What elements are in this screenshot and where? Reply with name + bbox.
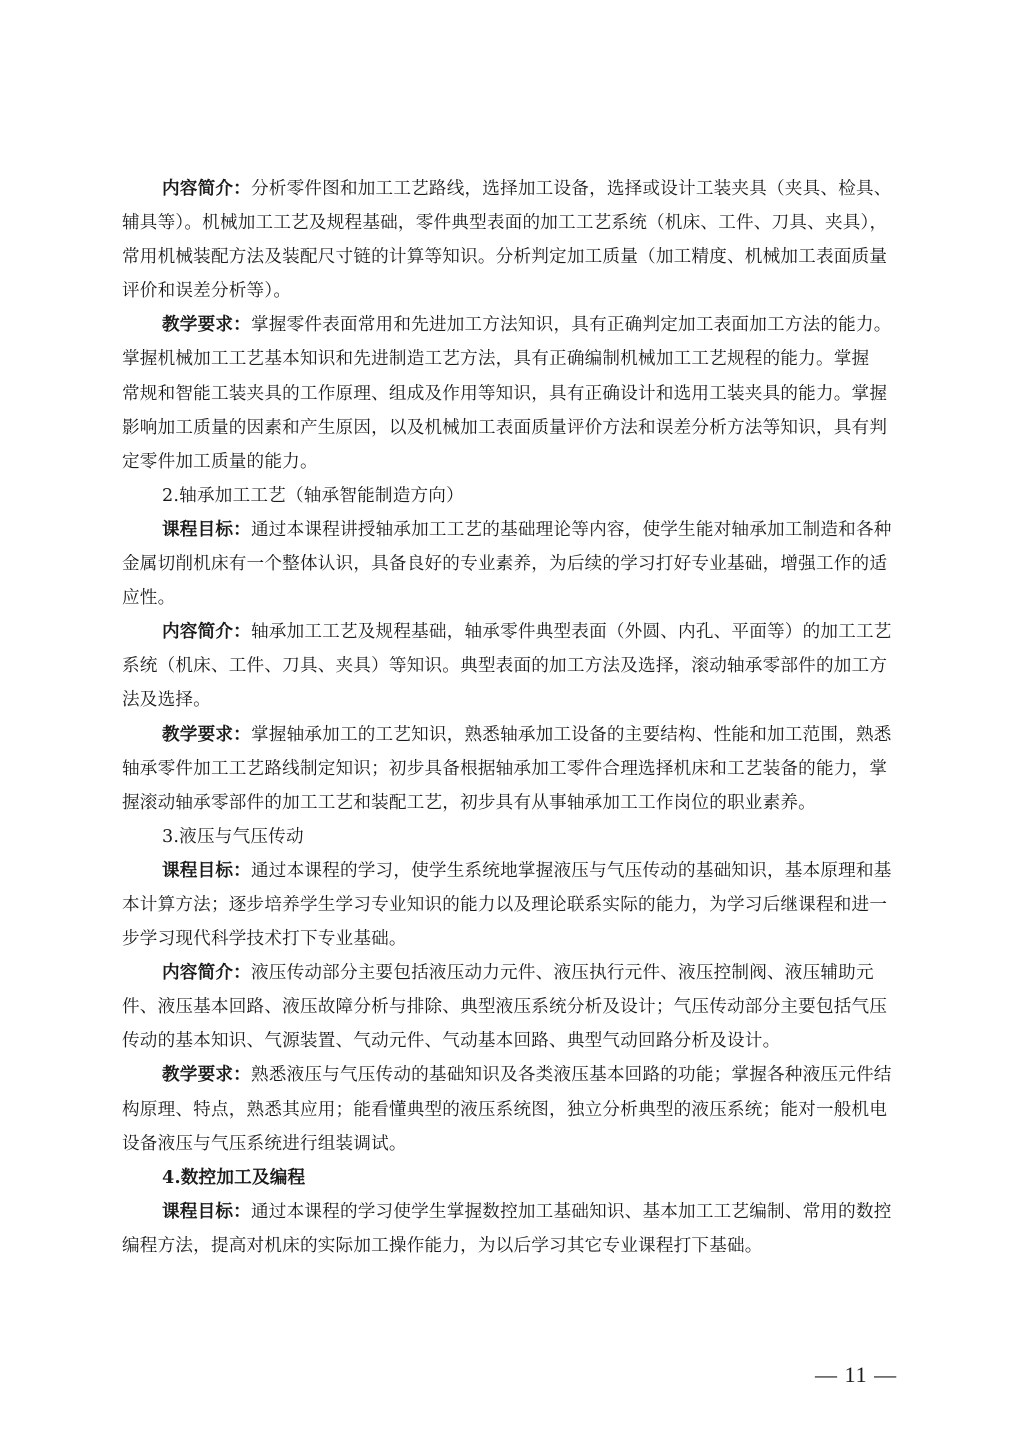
paragraph-course-objective: 课程目标：通过本课程的学习，使学生系统地掌握液压与气压传动的基础知识，基本原理和… [122, 854, 904, 956]
section-heading: 3.液压与气压传动 [122, 820, 904, 854]
paragraph-label: 教学要求： [162, 315, 251, 335]
text-line: 辅具等）。机械加工工艺及规程基础，零件典型表面的加工工艺系统（机床、工件、刀具、… [122, 206, 904, 240]
text-line: 评价和误差分析等）。 [122, 274, 904, 308]
paragraph-course-objective: 课程目标：通过本课程的学习使学生掌握数控加工基础知识、基本加工工艺编制、常用的数… [122, 1195, 904, 1263]
text-line: 件、液压基本回路、液压故障分析与排除、典型液压系统分析及设计；气压传动部分主要包… [122, 990, 904, 1024]
text-line: 应性。 [122, 581, 904, 615]
paragraph-label: 内容简介： [162, 179, 251, 199]
text-line: 步学习现代科学技术打下专业基础。 [122, 922, 904, 956]
text-line: 设备液压与气压系统进行组装调试。 [122, 1127, 904, 1161]
text-line: 本计算方法；逐步培养学生学习专业知识的能力以及理论联系实际的能力，为学习后继课程… [122, 888, 904, 922]
paragraph-label: 内容简介： [162, 622, 251, 642]
text-line: 内容简介：轴承加工工艺及规程基础，轴承零件典型表面（外圆、内孔、平面等）的加工工… [122, 615, 904, 649]
text-line: 内容简介：液压传动部分主要包括液压动力元件、液压执行元件、液压控制阀、液压辅助元 [122, 956, 904, 990]
text-line: 系统（机床、工件、刀具、夹具）等知识。典型表面的加工方法及选择，滚动轴承零部件的… [122, 649, 904, 683]
section-heading: 2.轴承加工工艺（轴承智能制造方向） [122, 479, 904, 513]
paragraph-label: 课程目标： [162, 520, 251, 540]
text-line: 握滚动轴承零部件的加工工艺和装配工艺，初步具有从事轴承加工工作岗位的职业素养。 [122, 786, 904, 820]
document-body: 内容简介：分析零件图和加工工艺路线，选择加工设备，选择或设计工装夹具（夹具、检具… [122, 172, 904, 1263]
paragraph-teaching-requirements: 教学要求：掌握零件表面常用和先进加工方法知识，具有正确判定加工表面加工方法的能力… [122, 308, 904, 478]
paragraph-label: 教学要求： [162, 725, 251, 745]
text-line: 课程目标：通过本课程的学习使学生掌握数控加工基础知识、基本加工工艺编制、常用的数… [122, 1195, 904, 1229]
paragraph-course-objective: 课程目标：通过本课程讲授轴承加工工艺的基础理论等内容，使学生能对轴承加工制造和各… [122, 513, 904, 615]
text-line: 金属切削机床有一个整体认识，具备良好的专业素养，为后续的学习打好专业基础，增强工… [122, 547, 904, 581]
text-line: 法及选择。 [122, 683, 904, 717]
text-line: 课程目标：通过本课程的学习，使学生系统地掌握液压与气压传动的基础知识，基本原理和… [122, 854, 904, 888]
text-line: 教学要求：熟悉液压与气压传动的基础知识及各类液压基本回路的功能；掌握各种液压元件… [122, 1058, 904, 1092]
text-line: 内容简介：分析零件图和加工工艺路线，选择加工设备，选择或设计工装夹具（夹具、检具… [122, 172, 904, 206]
text-line: 编程方法，提高对机床的实际加工操作能力，为以后学习其它专业课程打下基础。 [122, 1229, 904, 1263]
section-heading: 4.数控加工及编程 [122, 1161, 904, 1195]
text-line: 构原理、特点，熟悉其应用；能看懂典型的液压系统图，独立分析典型的液压系统；能对一… [122, 1093, 904, 1127]
text-line: 教学要求：掌握轴承加工的工艺知识，熟悉轴承加工设备的主要结构、性能和加工范围，熟… [122, 718, 904, 752]
paragraph-label: 内容简介： [162, 963, 251, 983]
paragraph-content-intro: 内容简介：分析零件图和加工工艺路线，选择加工设备，选择或设计工装夹具（夹具、检具… [122, 172, 904, 308]
paragraph-content-intro: 内容简介：轴承加工工艺及规程基础，轴承零件典型表面（外圆、内孔、平面等）的加工工… [122, 615, 904, 717]
paragraph-teaching-requirements: 教学要求：熟悉液压与气压传动的基础知识及各类液压基本回路的功能；掌握各种液压元件… [122, 1058, 904, 1160]
text-line: 影响加工质量的因素和产生原因，以及机械加工表面质量评价方法和误差分析方法等知识，… [122, 411, 904, 445]
text-line: 课程目标：通过本课程讲授轴承加工工艺的基础理论等内容，使学生能对轴承加工制造和各… [122, 513, 904, 547]
text-line: 轴承零件加工工艺路线制定知识；初步具备根据轴承加工零件合理选择机床和工艺装备的能… [122, 752, 904, 786]
paragraph-label: 课程目标： [162, 1202, 251, 1222]
text-line: 教学要求：掌握零件表面常用和先进加工方法知识，具有正确判定加工表面加工方法的能力… [122, 308, 904, 342]
paragraph-content-intro: 内容简介：液压传动部分主要包括液压动力元件、液压执行元件、液压控制阀、液压辅助元… [122, 956, 904, 1058]
text-line: 掌握机械加工工艺基本知识和先进制造工艺方法，具有正确编制机械加工工艺规程的能力。… [122, 342, 904, 376]
paragraph-label: 课程目标： [162, 861, 251, 881]
text-line: 常规和智能工装夹具的工作原理、组成及作用等知识，具有正确设计和选用工装夹具的能力… [122, 377, 904, 411]
page-number: — 11 — [815, 1362, 897, 1388]
paragraph-label: 教学要求： [162, 1065, 251, 1085]
text-line: 常用机械装配方法及装配尺寸链的计算等知识。分析判定加工质量（加工精度、机械加工表… [122, 240, 904, 274]
text-line: 传动的基本知识、气源装置、气动元件、气动基本回路、典型气动回路分析及设计。 [122, 1024, 904, 1058]
text-line: 定零件加工质量的能力。 [122, 445, 904, 479]
paragraph-teaching-requirements: 教学要求：掌握轴承加工的工艺知识，熟悉轴承加工设备的主要结构、性能和加工范围，熟… [122, 718, 904, 820]
